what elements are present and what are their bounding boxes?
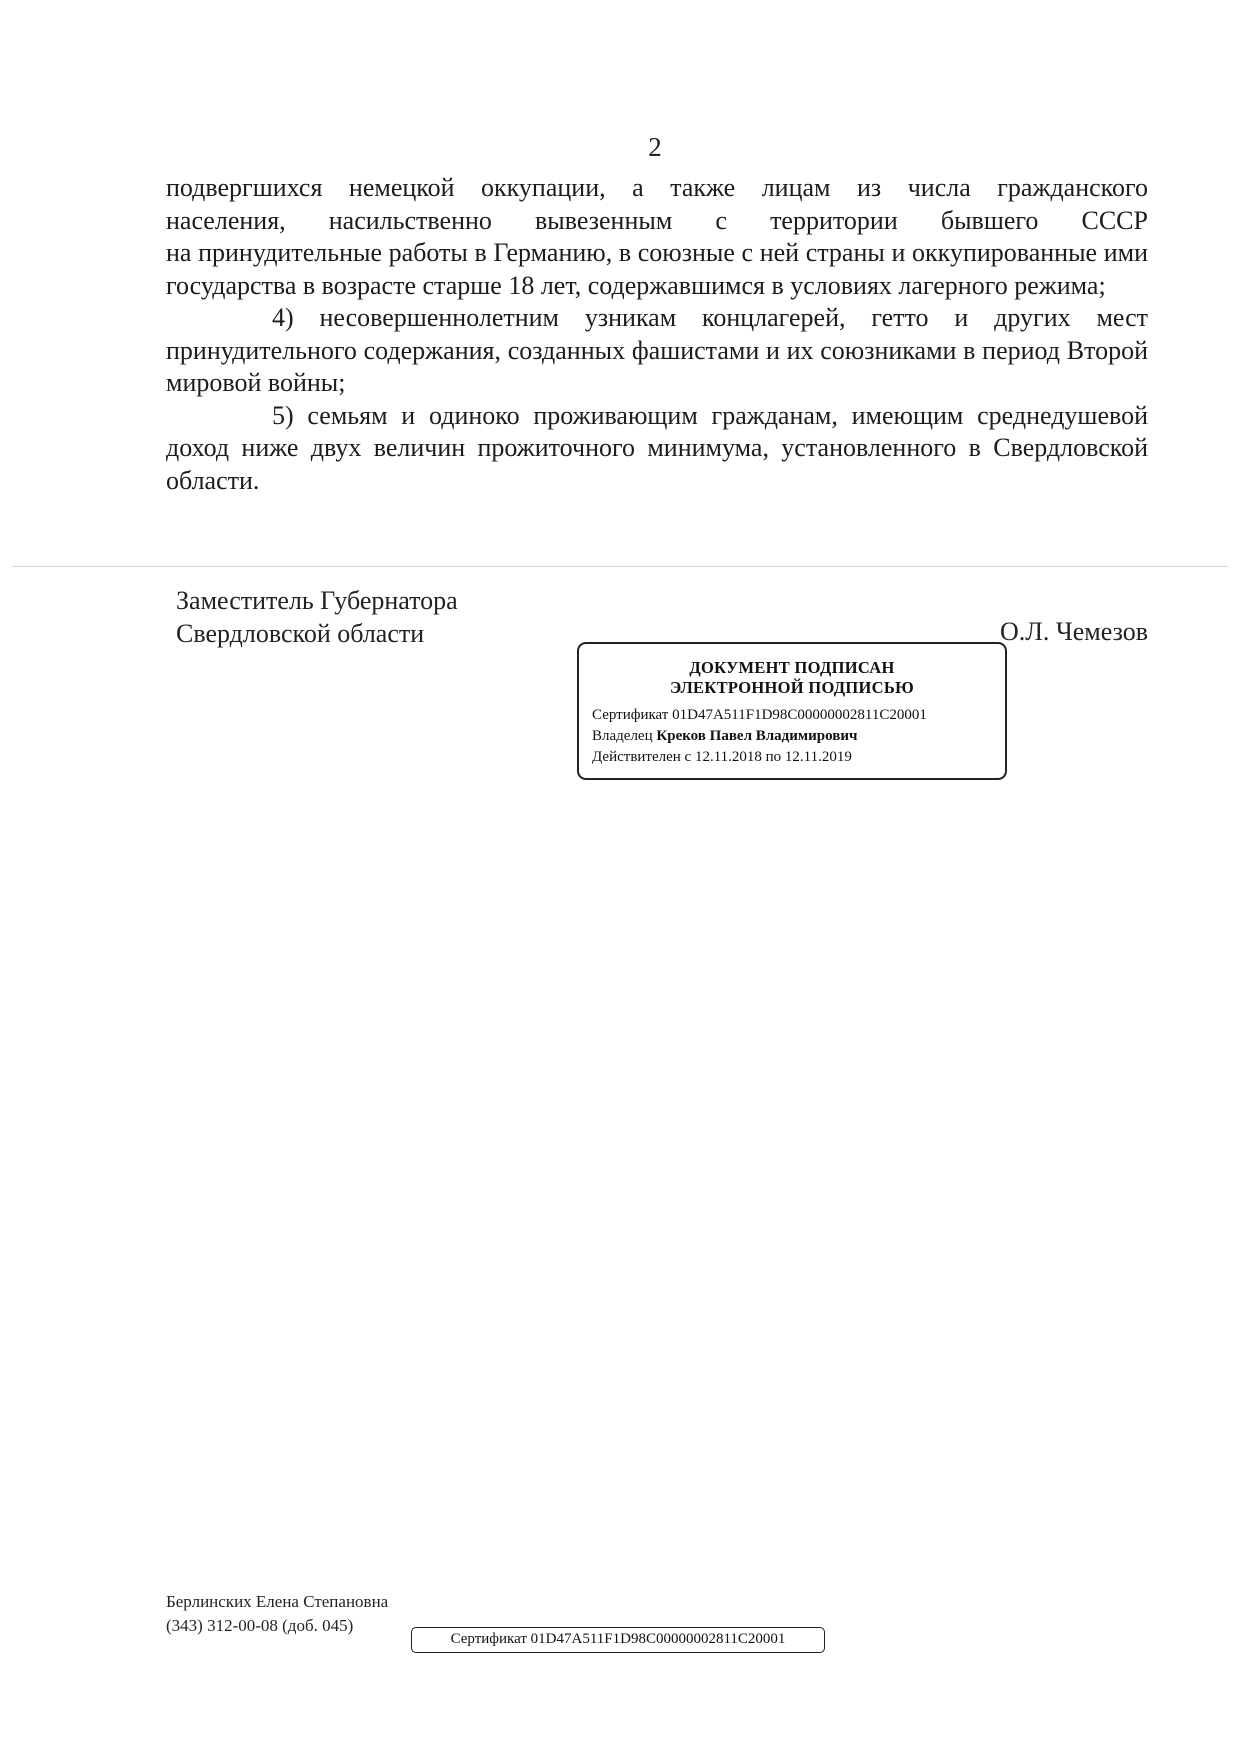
stamp-validity: Действителен с 12.11.2018 по 12.11.2019 — [579, 747, 1005, 768]
electronic-signature-stamp: ДОКУМЕНТ ПОДПИСАН ЭЛЕКТРОННОЙ ПОДПИСЬЮ С… — [577, 642, 1007, 780]
signer-name: О.Л. Чемезов — [1000, 617, 1148, 647]
document-body: подвергшихся немецкой оккупации, а также… — [166, 172, 1148, 497]
footer-certificate-stamp: Сертификат 01D47A511F1D98C00000002811C20… — [411, 1627, 825, 1653]
stamp-owner: Владелец Креков Павел Владимирович — [579, 726, 1005, 747]
scan-artifact-line — [12, 566, 1228, 567]
text-line: подвергшихся немецкой оккупации, а также… — [166, 172, 1148, 205]
stamp-heading: ДОКУМЕНТ ПОДПИСАН ЭЛЕКТРОННОЙ ПОДПИСЬЮ — [579, 658, 1005, 698]
signer-title: Заместитель Губернатора Свердловской обл… — [176, 584, 458, 650]
certificate-label: Сертификат — [592, 707, 668, 723]
executor-name: Берлинских Елена Степановна — [166, 1590, 388, 1614]
owner-value: Креков Павел Владимирович — [656, 728, 857, 744]
paragraph-continuation: подвергшихся немецкой оккупации, а также… — [166, 172, 1148, 302]
stamp-heading-line: ДОКУМЕНТ ПОДПИСАН — [579, 658, 1005, 678]
owner-label: Владелец — [592, 728, 653, 744]
text-line: на принудительные работы в Германию, в с… — [166, 238, 1148, 300]
stamp-certificate: Сертификат 01D47A511F1D98C00000002811C20… — [579, 705, 1005, 726]
executor-info: Берлинских Елена Степановна (343) 312-00… — [166, 1590, 388, 1638]
text-line: населения, насильственно вывезенным с те… — [166, 205, 1148, 238]
signer-title-line: Свердловской области — [176, 617, 458, 650]
page-number: 2 — [0, 132, 1240, 163]
list-item-4: 4) несовершеннолетним узникам концлагере… — [166, 302, 1148, 400]
signer-title-line: Заместитель Губернатора — [176, 584, 458, 617]
executor-phone: (343) 312-00-08 (доб. 045) — [166, 1614, 388, 1638]
certificate-value: 01D47A511F1D98C00000002811C20001 — [672, 707, 927, 723]
list-item-5: 5) семьям и одиноко проживающим граждана… — [166, 400, 1148, 498]
stamp-heading-line: ЭЛЕКТРОННОЙ ПОДПИСЬЮ — [579, 678, 1005, 698]
